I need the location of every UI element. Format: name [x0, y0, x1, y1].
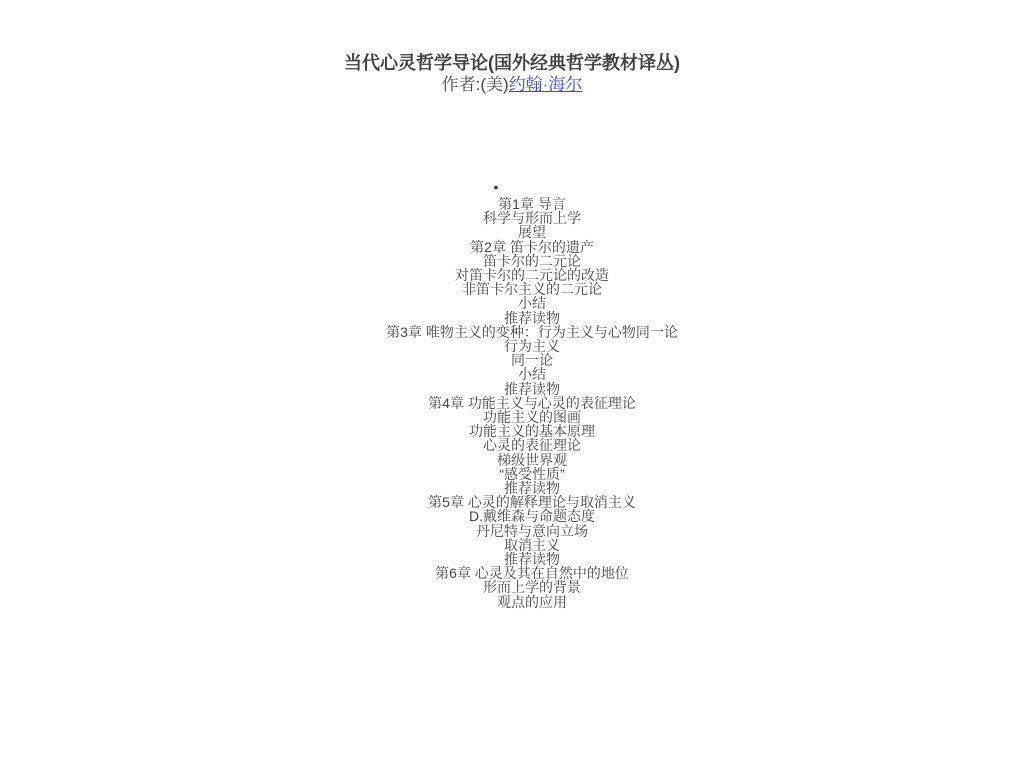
toc-line: 对笛卡尔的二元论的改造: [40, 268, 1024, 282]
toc-line: 小结: [40, 367, 1024, 381]
toc-line: 丹尼特与意向立场: [40, 524, 1024, 538]
toc-line: 同一论: [40, 353, 1024, 367]
author-link[interactable]: 约翰·海尔: [509, 75, 583, 94]
toc-line: 第3章 唯物主义的变种：行为主义与心物同一论: [40, 325, 1024, 339]
toc-line: 推荐读物: [40, 481, 1024, 495]
toc-line: 形而上学的背景: [40, 580, 1024, 594]
toc-line: 推荐读物: [40, 552, 1024, 566]
toc-line: “感受性质”: [40, 467, 1024, 481]
author-line: 作者:(美)约翰·海尔: [0, 74, 1024, 95]
toc-line: 小结: [40, 296, 1024, 310]
bullet-line: •: [40, 180, 1024, 197]
toc-line: 梯级世界观: [40, 453, 1024, 467]
toc-line: 第4章 功能主义与心灵的表征理论: [40, 396, 1024, 410]
toc-line: 功能主义的基本原理: [40, 424, 1024, 438]
toc-line: D.戴维森与命题态度: [40, 509, 1024, 523]
toc-line: 第6章 心灵及其在自然中的地位: [40, 566, 1024, 580]
toc-line: 推荐读物: [40, 382, 1024, 396]
document-page: 当代心灵哲学导论(国外经典哲学教材译丛) 作者:(美)约翰·海尔 • 第1章 导…: [0, 0, 1024, 768]
toc-line: 取消主义: [40, 538, 1024, 552]
toc-line: 科学与形而上学: [40, 211, 1024, 225]
list-bullet-icon: •: [494, 179, 499, 195]
toc-line: 展望: [40, 225, 1024, 239]
toc-line: 行为主义: [40, 339, 1024, 353]
toc-line: 笛卡尔的二元论: [40, 254, 1024, 268]
toc-line: 非笛卡尔主义的二元论: [40, 282, 1024, 296]
page-title: 当代心灵哲学导论(国外经典哲学教材译丛): [0, 52, 1024, 74]
toc-line: 第2章 笛卡尔的遗产: [40, 240, 1024, 254]
toc-line: 推荐读物: [40, 311, 1024, 325]
toc-line: 观点的应用: [40, 595, 1024, 609]
toc-line: 心灵的表征理论: [40, 438, 1024, 452]
toc-list: 第1章 导言科学与形而上学展望第2章 笛卡尔的遗产笛卡尔的二元论对笛卡尔的二元论…: [40, 197, 1024, 609]
page-header: 当代心灵哲学导论(国外经典哲学教材译丛) 作者:(美)约翰·海尔: [0, 0, 1024, 95]
toc-line: 第5章 心灵的解释理论与取消主义: [40, 495, 1024, 509]
toc-line: 功能主义的图画: [40, 410, 1024, 424]
toc-line: 第1章 导言: [40, 197, 1024, 211]
author-prefix: 作者:(美): [442, 75, 509, 94]
table-of-contents: • 第1章 导言科学与形而上学展望第2章 笛卡尔的遗产笛卡尔的二元论对笛卡尔的二…: [0, 180, 1024, 609]
